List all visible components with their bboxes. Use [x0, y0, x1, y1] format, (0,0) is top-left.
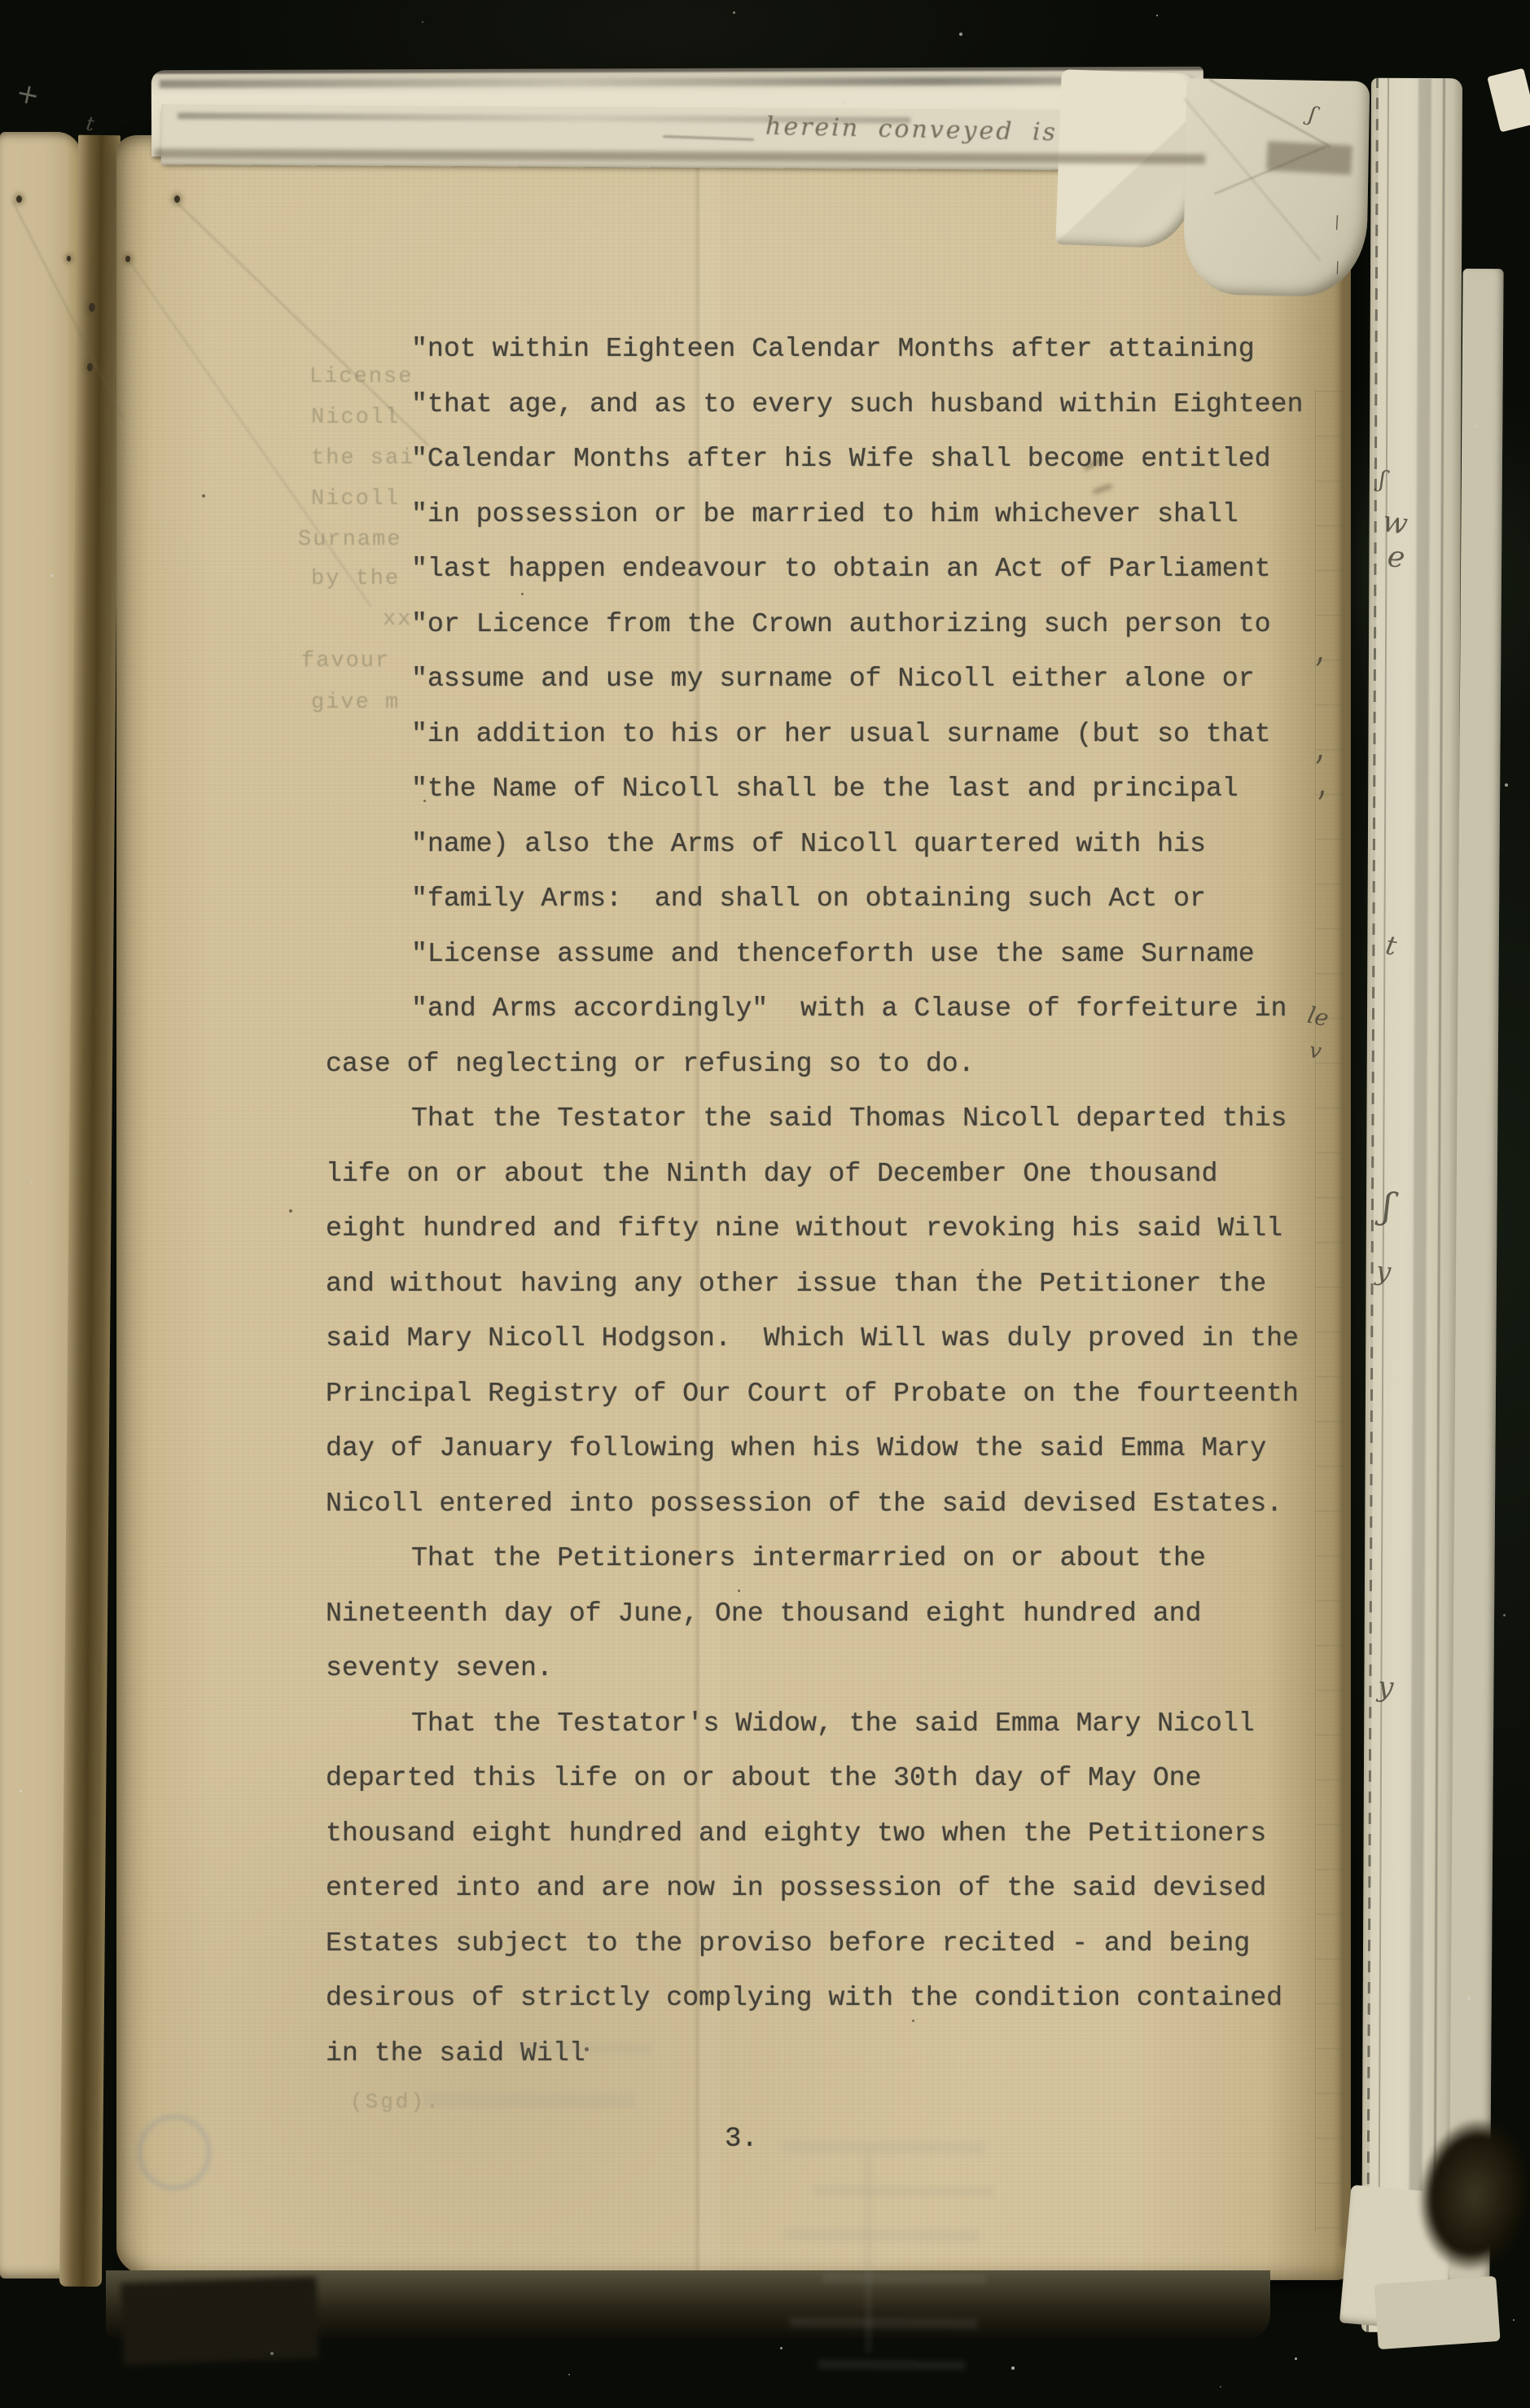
typed-line: Estates subject to the proviso before re… — [326, 1916, 1327, 1972]
page-corner-sliver — [1487, 68, 1530, 132]
margin-pen-mark: y — [1377, 1670, 1395, 1704]
dust-speck — [1505, 783, 1508, 787]
show-through-smear — [513, 2042, 651, 2054]
edge-streak — [1409, 78, 1431, 2332]
typed-line: "Calendar Months after his Wife shall be… — [326, 432, 1327, 487]
show-through-smear — [783, 2229, 979, 2242]
dust-speck — [1475, 425, 1478, 428]
dust-speck — [1295, 2358, 1297, 2360]
ink-fleck — [521, 593, 524, 595]
ink-fleck — [423, 800, 426, 802]
dirt-smudge — [1266, 141, 1352, 174]
typed-line: Nicoll entered into possession of the sa… — [326, 1476, 1327, 1532]
dust-speck — [1503, 1614, 1506, 1616]
show-through-word: xx — [383, 607, 412, 632]
show-through-smear — [818, 2359, 965, 2371]
typed-line: "family Arms: and shall on obtaining suc… — [326, 871, 1327, 927]
margin-pen-mark: | — [1334, 213, 1339, 230]
show-through-word: Nicoll — [311, 406, 400, 430]
typed-line: "in addition to his or her usual surname… — [326, 707, 1327, 762]
dust-speck — [20, 1790, 22, 1792]
typed-line: day of January following when his Widow … — [326, 1421, 1327, 1476]
book-cover-shadow — [1408, 2110, 1530, 2279]
typed-line: "or Licence from the Crown authorizing s… — [326, 597, 1327, 652]
margin-pen-mark: t — [85, 112, 95, 135]
pin-hole-mark — [89, 303, 95, 312]
show-through-smear — [790, 2317, 977, 2329]
typed-line: seventy seven. — [326, 1641, 1327, 1696]
ink-stamp-ghost — [137, 2114, 212, 2191]
show-through-word: Nicoll — [311, 487, 400, 511]
typed-line: That the Testator's Widow, the said Emma… — [326, 1696, 1327, 1752]
typed-line: "last happen endeavour to obtain an Act … — [326, 542, 1327, 597]
bottom-right-page-corner — [1374, 2276, 1500, 2349]
typed-line: That the Petitioners intermarried on or … — [326, 1531, 1327, 1586]
typed-line: case of neglecting or refusing so to do. — [326, 1037, 1327, 1092]
typed-line: "assume and use my surname of Nicoll eit… — [326, 651, 1327, 707]
dirt-smear — [160, 77, 1194, 88]
pin-hole-mark — [67, 256, 71, 261]
typed-text: "not within Eighteen Calendar Months aft… — [326, 322, 1327, 2081]
typed-line: "the Name of Nicoll shall be the last an… — [326, 761, 1327, 817]
show-through-word: the sai — [311, 446, 414, 471]
folded-page-corner — [1183, 78, 1370, 297]
page-number: 3. — [725, 2124, 758, 2155]
show-through-word: License — [309, 365, 413, 389]
dust-speck — [422, 21, 423, 23]
edge-streak — [1433, 78, 1445, 2332]
typed-line: in the said Will — [326, 2026, 1327, 2081]
pin-hole-mark — [87, 363, 93, 371]
dust-speck — [1513, 2319, 1515, 2321]
typed-line: "and Arms accordingly" with a Clause of … — [326, 981, 1327, 1037]
dust-speck — [733, 11, 735, 14]
show-through-smear — [423, 2092, 635, 2108]
typed-line: "not within Eighteen Calendar Months aft… — [326, 322, 1327, 377]
show-through-word: give m — [311, 691, 400, 715]
typed-line: departed this life on or about the 30th … — [326, 1751, 1327, 1806]
dust-speck — [1156, 15, 1158, 16]
typed-line: Nineteenth day of June, One thousand eig… — [326, 1586, 1327, 1642]
ink-fleck — [619, 1840, 621, 1843]
typed-line: "in possession or be married to him whic… — [326, 487, 1327, 542]
underlying-pages-right-edge — [1361, 78, 1462, 2332]
typed-line: "name) also the Arms of Nicoll quartered… — [326, 817, 1327, 872]
show-through-word: Surname — [298, 528, 401, 552]
margin-pen-mark: w — [1380, 505, 1409, 542]
dust-speck — [270, 2352, 274, 2355]
ink-fleck — [912, 2020, 914, 2022]
ink-fleck — [738, 1590, 740, 1592]
typed-line: and without having any other issue than … — [326, 1257, 1327, 1312]
show-through-smear — [814, 2185, 993, 2197]
typed-line: desirous of strictly complying with the … — [326, 1971, 1327, 2026]
show-through-word: by the — [311, 567, 400, 591]
dust-speck — [31, 1182, 33, 1184]
typed-line: That the Testator the said Thomas Nicoll… — [326, 1091, 1327, 1147]
ink-fleck — [981, 1269, 984, 1271]
book-scan: "not within Eighteen Calendar Months aft… — [0, 0, 1530, 2408]
book-bottom-edge — [106, 2270, 1270, 2339]
typed-line: said Mary Nicoll Hodgson. Which Will was… — [326, 1311, 1327, 1366]
typed-line: eight hundred and fifty nine without rev… — [326, 1201, 1327, 1257]
show-through-smear — [865, 2150, 872, 2353]
typed-line: entered into and are now in possession o… — [326, 1861, 1327, 1916]
dust-speck — [1011, 2366, 1015, 2370]
dust-speck — [843, 102, 845, 104]
show-through-smear — [822, 2273, 985, 2285]
typed-line: thousand eight hundred and eighty two wh… — [326, 1806, 1327, 1862]
dust-speck — [1220, 2386, 1221, 2388]
ink-fleck — [289, 1209, 292, 1213]
margin-pen-mark: e — [1386, 540, 1406, 575]
dust-speck — [780, 2347, 783, 2349]
edge-streak — [1366, 78, 1379, 2332]
pin-hole-mark — [16, 195, 22, 203]
ink-fleck — [202, 494, 205, 498]
dust-speck — [568, 2374, 570, 2375]
dust-speck — [50, 574, 54, 577]
show-through-smear — [782, 2141, 985, 2154]
typed-line: "that age, and as to every such husband … — [326, 377, 1327, 432]
typed-line: Principal Registry of Our Court of Proba… — [326, 1366, 1327, 1422]
margin-pen-mark: | — [1335, 259, 1340, 274]
margin-pen-mark: + — [13, 76, 42, 112]
show-through-word: favour — [301, 649, 390, 673]
dust-speck — [1467, 1997, 1471, 2000]
dust-speck — [959, 33, 962, 36]
dust-speck — [1487, 1223, 1488, 1225]
typed-line: life on or about the Ninth day of Decemb… — [326, 1147, 1327, 1202]
typed-line: "License assume and thenceforth use the … — [326, 927, 1327, 982]
